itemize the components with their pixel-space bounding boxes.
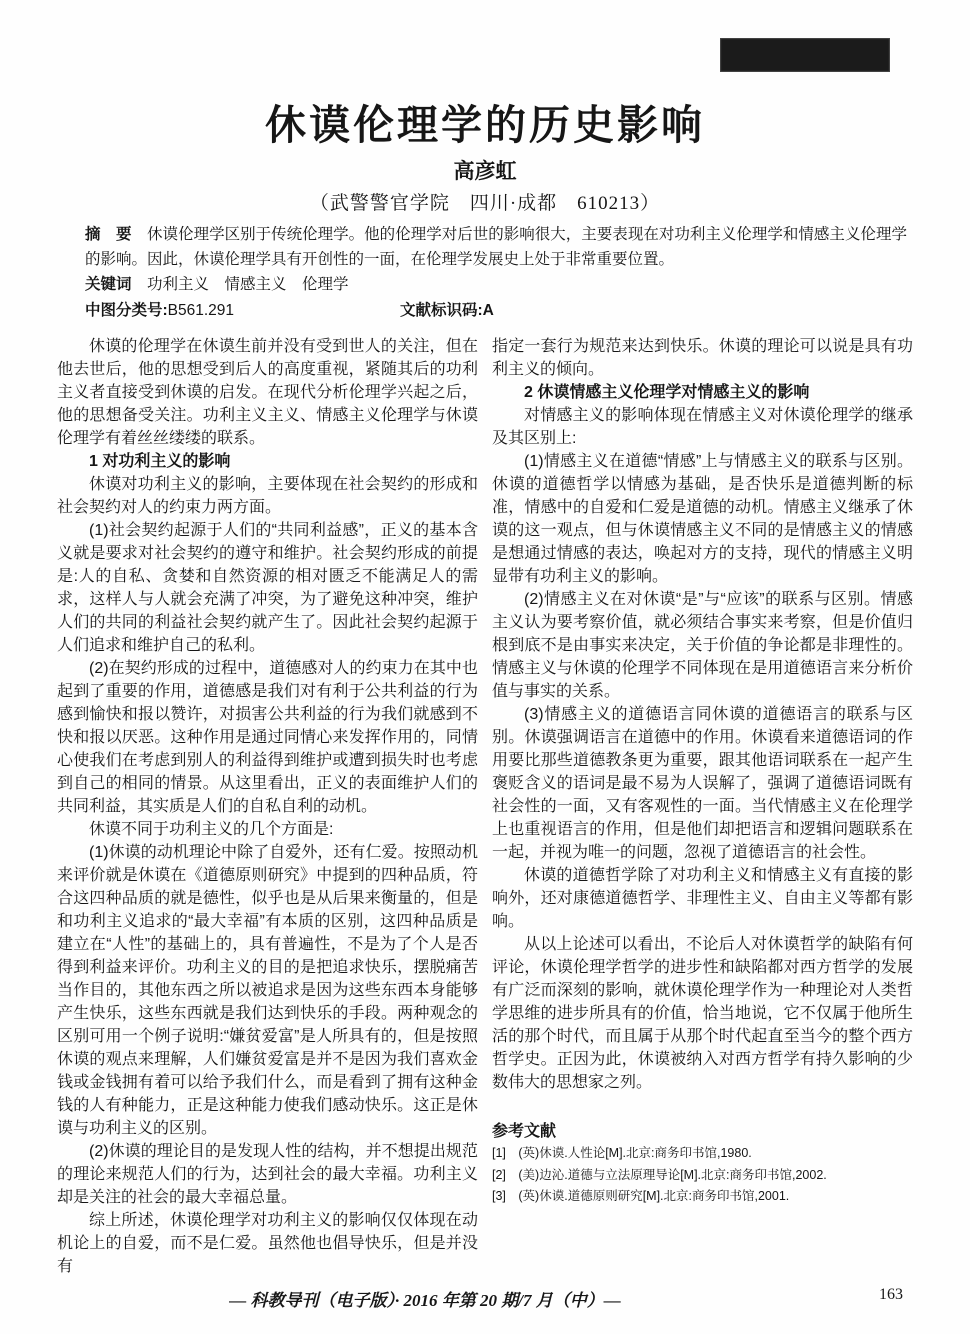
classification-row: 中图分类号:B561.291 文献标识码:A bbox=[85, 298, 907, 323]
paragraph: 对情感主义的影响体现在情感主义对休谟伦理学的继承及其区别上: bbox=[492, 404, 913, 450]
paragraph: (2)休谟的理论目的是发现人性的结构，并不想提出规范的理论来规范人们的行为，达到… bbox=[57, 1140, 478, 1209]
paragraph: 综上所述，休谟伦理学对功利主义的影响仅仅体现在动机论上的自爱，而不是仁爱。虽然他… bbox=[57, 1209, 478, 1278]
keywords: 关键词 功利主义 情感主义 伦理学 bbox=[85, 272, 907, 297]
right-column: 指定一套行为规范来达到快乐。休谟的理论可以说是具有功利主义的倾向。 2 休谟情感… bbox=[492, 335, 913, 1278]
author-name: 高彦虹 bbox=[0, 155, 970, 185]
paragraph: 从以上论述可以看出，不论后人对休谟哲学的缺陷有何评论，休谟伦理学哲学的进步性和缺… bbox=[492, 933, 913, 1094]
redacted-header-bar bbox=[720, 38, 890, 72]
paragraph-continuation: 指定一套行为规范来达到快乐。休谟的理论可以说是具有功利主义的倾向。 bbox=[492, 335, 913, 381]
paragraph: (2)情感主义在对休谟“是”与“应该”的联系与区别。情感主义认为要考察价值，就必… bbox=[492, 588, 913, 703]
left-column: 休谟的伦理学在休谟生前并没有受到世人的关注，但在他去世后，他的思想受到后人的高度… bbox=[57, 335, 478, 1278]
references-heading: 参考文献 bbox=[492, 1120, 913, 1143]
abstract-text: 休谟伦理学区别于传统伦理学。他的伦理学对后世的影响很大，主要表现在对功利主义伦理… bbox=[85, 226, 907, 268]
journal-line: — 科教导刊（电子版）· 2016 年第 20 期/7 月（中）— bbox=[57, 1286, 793, 1311]
paragraph: (1)情感主义在道德“情感”上与情感主义的联系与区别。休谟的道德哲学以情感为基础… bbox=[492, 450, 913, 588]
article-title: 休谟伦理学的历史影响 bbox=[0, 92, 970, 151]
section-heading-2: 2 休谟情感主义伦理学对情感主义的影响 bbox=[492, 381, 913, 404]
doc-code-value: A bbox=[483, 302, 494, 319]
paragraph: (1)休谟的动机理论中除了自爱外，还有仁爱。按照动机来评价就是休谟在《道德原则研… bbox=[57, 841, 478, 1140]
paragraph: (2)在契约形成的过程中，道德感对人的约束力在其中也起到了重要的作用，道德感是我… bbox=[57, 657, 478, 818]
author-affiliation: （武警警官学院 四川·成都 610213） bbox=[0, 188, 970, 215]
page-footer: — 科教导刊（电子版）· 2016 年第 20 期/7 月（中）— 163 bbox=[57, 1286, 913, 1316]
keywords-text: 功利主义 情感主义 伦理学 bbox=[147, 276, 349, 293]
paragraph: 休谟的伦理学在休谟生前并没有受到世人的关注，但在他去世后，他的思想受到后人的高度… bbox=[57, 335, 478, 450]
journal-page: 休谟伦理学的历史影响 高彦虹 （武警警官学院 四川·成都 610213） 摘 要… bbox=[0, 0, 970, 1334]
abstract: 摘 要 休谟伦理学区别于传统伦理学。他的伦理学对后世的影响很大，主要表现在对功利… bbox=[85, 222, 907, 272]
paragraph: 休谟的道德哲学除了对功利主义和情感主义有直接的影响外，还对康德道德哲学、非理性主… bbox=[492, 864, 913, 933]
paragraph: (1)社会契约起源于人们的“共同利益感”，正义的基本含义就是要求对社会契约的遵守… bbox=[57, 519, 478, 657]
paragraph: (3)情感主义的道德语言同休谟的道德语言的联系与区别。休谟强调语言在道德中的作用… bbox=[492, 703, 913, 864]
reference-item: [1] (英)休谟.人性论[M].北京:商务印书馆,1980. bbox=[492, 1143, 913, 1165]
doc-code-label: 文献标识码: bbox=[400, 302, 483, 319]
paragraph: 休谟对功利主义的影响，主要体现在社会契约的形成和社会契约对人的约束力两方面。 bbox=[57, 473, 478, 519]
doc-code: 文献标识码:A bbox=[400, 298, 494, 323]
two-column-body: 休谟的伦理学在休谟生前并没有受到世人的关注，但在他去世后，他的思想受到后人的高度… bbox=[57, 335, 913, 1278]
clc-number: 中图分类号:B561.291 bbox=[85, 298, 400, 323]
reference-item: [2] (美)边沁.道德与立法原理导论[M].北京:商务印书馆,2002. bbox=[492, 1165, 913, 1187]
reference-item: [3] (英)休谟.道德原则研究[M].北京:商务印书馆,2001. bbox=[492, 1186, 913, 1208]
clc-label: 中图分类号: bbox=[85, 302, 168, 319]
clc-value: B561.291 bbox=[168, 302, 234, 319]
section-heading-1: 1 对功利主义的影响 bbox=[57, 450, 478, 473]
abstract-label: 摘 要 bbox=[85, 226, 132, 243]
paragraph: 休谟不同于功利主义的几个方面是: bbox=[57, 818, 478, 841]
page-number: 163 bbox=[879, 1286, 903, 1304]
article-meta: 摘 要 休谟伦理学区别于传统伦理学。他的伦理学对后世的影响很大，主要表现在对功利… bbox=[85, 222, 907, 323]
keywords-label: 关键词 bbox=[85, 276, 132, 293]
